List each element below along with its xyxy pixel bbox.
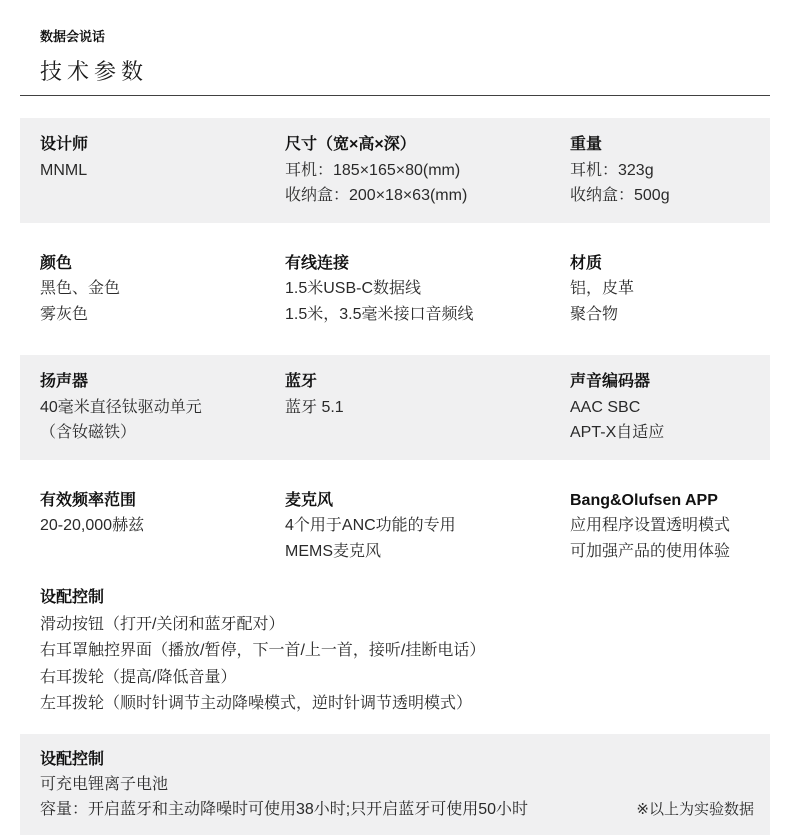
battery-label: 设配控制 — [40, 747, 754, 772]
spec-label: 重量 — [570, 132, 760, 158]
spec-label: 声音编码器 — [570, 369, 760, 395]
spec-value: 40毫米直径钛驱动单元 — [40, 395, 285, 421]
spec-label: 有线连接 — [285, 251, 570, 277]
spec-row-designer-size-weight: 设计师 MNML 尺寸（宽×高×深） 耳机：185×165×80(mm) 收纳盒… — [20, 118, 770, 223]
spec-value: 收纳盒：200×18×63(mm) — [285, 183, 570, 209]
spec-cell-color: 颜色 黑色、金色 雾灰色 — [40, 251, 285, 328]
spec-cell-frequency-range: 有效频率范围 20-20,000赫兹 — [40, 488, 285, 565]
spec-row-color-wired-material: 颜色 黑色、金色 雾灰色 有线连接 1.5米USB-C数据线 1.5米，3.5毫… — [20, 237, 770, 342]
page-title: 技术参数 — [40, 55, 770, 86]
controls-line: 滑动按钮（打开/关闭和蓝牙配对） — [40, 612, 760, 639]
spec-cell-speaker: 扬声器 40毫米直径钛驱动单元 （含钕磁铁） — [40, 369, 285, 446]
spec-label: 颜色 — [40, 251, 285, 277]
battery-line: 可充电锂离子电池 — [40, 772, 754, 797]
spec-label: 材质 — [570, 251, 760, 277]
spec-value: 耳机：185×165×80(mm) — [285, 158, 570, 184]
spec-cell-codec: 声音编码器 AAC SBC APT-X自适应 — [570, 369, 760, 446]
controls-line: 右耳拨轮（提高/降低音量） — [40, 665, 760, 692]
header: 数据会说话 技术参数 — [20, 0, 770, 86]
spec-label: 设计师 — [40, 132, 285, 158]
experiment-data-note: ※以上为实验数据 — [636, 797, 754, 822]
spec-row-speaker-bluetooth-codec: 扬声器 40毫米直径钛驱动单元 （含钕磁铁） 蓝牙 蓝牙 5.1 声音编码器 A… — [20, 355, 770, 460]
spec-value: 应用程序设置透明模式 — [570, 513, 760, 539]
spec-label: 有效频率范围 — [40, 488, 285, 514]
spec-cell-wired-connection: 有线连接 1.5米USB-C数据线 1.5米，3.5毫米接口音频线 — [285, 251, 570, 328]
spec-value: 雾灰色 — [40, 302, 285, 328]
spec-label: 蓝牙 — [285, 369, 570, 395]
spec-value: MEMS麦克风 — [285, 539, 570, 565]
spec-cell-app: Bang&Olufsen APP 应用程序设置透明模式 可加强产品的使用体验 — [570, 488, 760, 565]
spec-value: 收纳盒：500g — [570, 183, 760, 209]
spec-value: 可加强产品的使用体验 — [570, 539, 760, 565]
spec-value: 1.5米，3.5毫米接口音频线 — [285, 302, 570, 328]
spec-value: 铝，皮革 — [570, 276, 760, 302]
spec-sheet-page: 数据会说话 技术参数 设计师 MNML 尺寸（宽×高×深） 耳机：185×165… — [0, 0, 790, 835]
spec-row-frequency-mic-app: 有效频率范围 20-20,000赫兹 麦克风 4个用于ANC功能的专用 MEMS… — [20, 474, 770, 579]
battery-capacity-row: 容量：开启蓝牙和主动降噪时可使用38小时;只开启蓝牙可使用50小时 ※以上为实验… — [40, 797, 754, 822]
spec-value: MNML — [40, 158, 285, 184]
spec-value: 耳机：323g — [570, 158, 760, 184]
spec-value: 蓝牙 5.1 — [285, 395, 570, 421]
spec-value: 黑色、金色 — [40, 276, 285, 302]
spec-cell-weight: 重量 耳机：323g 收纳盒：500g — [570, 132, 760, 209]
spec-label: 尺寸（宽×高×深） — [285, 132, 570, 158]
spec-label: 麦克风 — [285, 488, 570, 514]
spec-value: AAC SBC — [570, 395, 760, 421]
spec-value: （含钕磁铁） — [40, 420, 285, 446]
spec-rows: 设计师 MNML 尺寸（宽×高×深） 耳机：185×165×80(mm) 收纳盒… — [20, 118, 770, 578]
spec-cell-microphone: 麦克风 4个用于ANC功能的专用 MEMS麦克风 — [285, 488, 570, 565]
spec-cell-bluetooth: 蓝牙 蓝牙 5.1 — [285, 369, 570, 446]
eyebrow-text: 数据会说话 — [40, 26, 770, 45]
controls-line: 右耳罩触控界面（播放/暂停，下一首/上一首，接听/挂断电话） — [40, 638, 760, 665]
spec-label: 扬声器 — [40, 369, 285, 395]
controls-section: 设配控制 滑动按钮（打开/关闭和蓝牙配对） 右耳罩触控界面（播放/暂停，下一首/… — [20, 578, 770, 726]
header-divider — [20, 95, 770, 96]
spec-cell-material: 材质 铝，皮革 聚合物 — [570, 251, 760, 328]
battery-capacity-text: 容量：开启蓝牙和主动降噪时可使用38小时;只开启蓝牙可使用50小时 — [40, 797, 528, 822]
controls-line: 左耳拨轮（顺时针调节主动降噪模式，逆时针调节透明模式） — [40, 691, 760, 718]
spec-value: APT-X自适应 — [570, 420, 760, 446]
controls-label: 设配控制 — [40, 585, 760, 612]
spec-cell-dimensions: 尺寸（宽×高×深） 耳机：185×165×80(mm) 收纳盒：200×18×6… — [285, 132, 570, 209]
battery-section: 设配控制 可充电锂离子电池 容量：开启蓝牙和主动降噪时可使用38小时;只开启蓝牙… — [20, 734, 770, 835]
spec-value: 4个用于ANC功能的专用 — [285, 513, 570, 539]
spec-value: 20-20,000赫兹 — [40, 513, 285, 539]
spec-cell-designer: 设计师 MNML — [40, 132, 285, 209]
spec-value: 聚合物 — [570, 302, 760, 328]
spec-value: 1.5米USB-C数据线 — [285, 276, 570, 302]
spec-label: Bang&Olufsen APP — [570, 488, 760, 514]
